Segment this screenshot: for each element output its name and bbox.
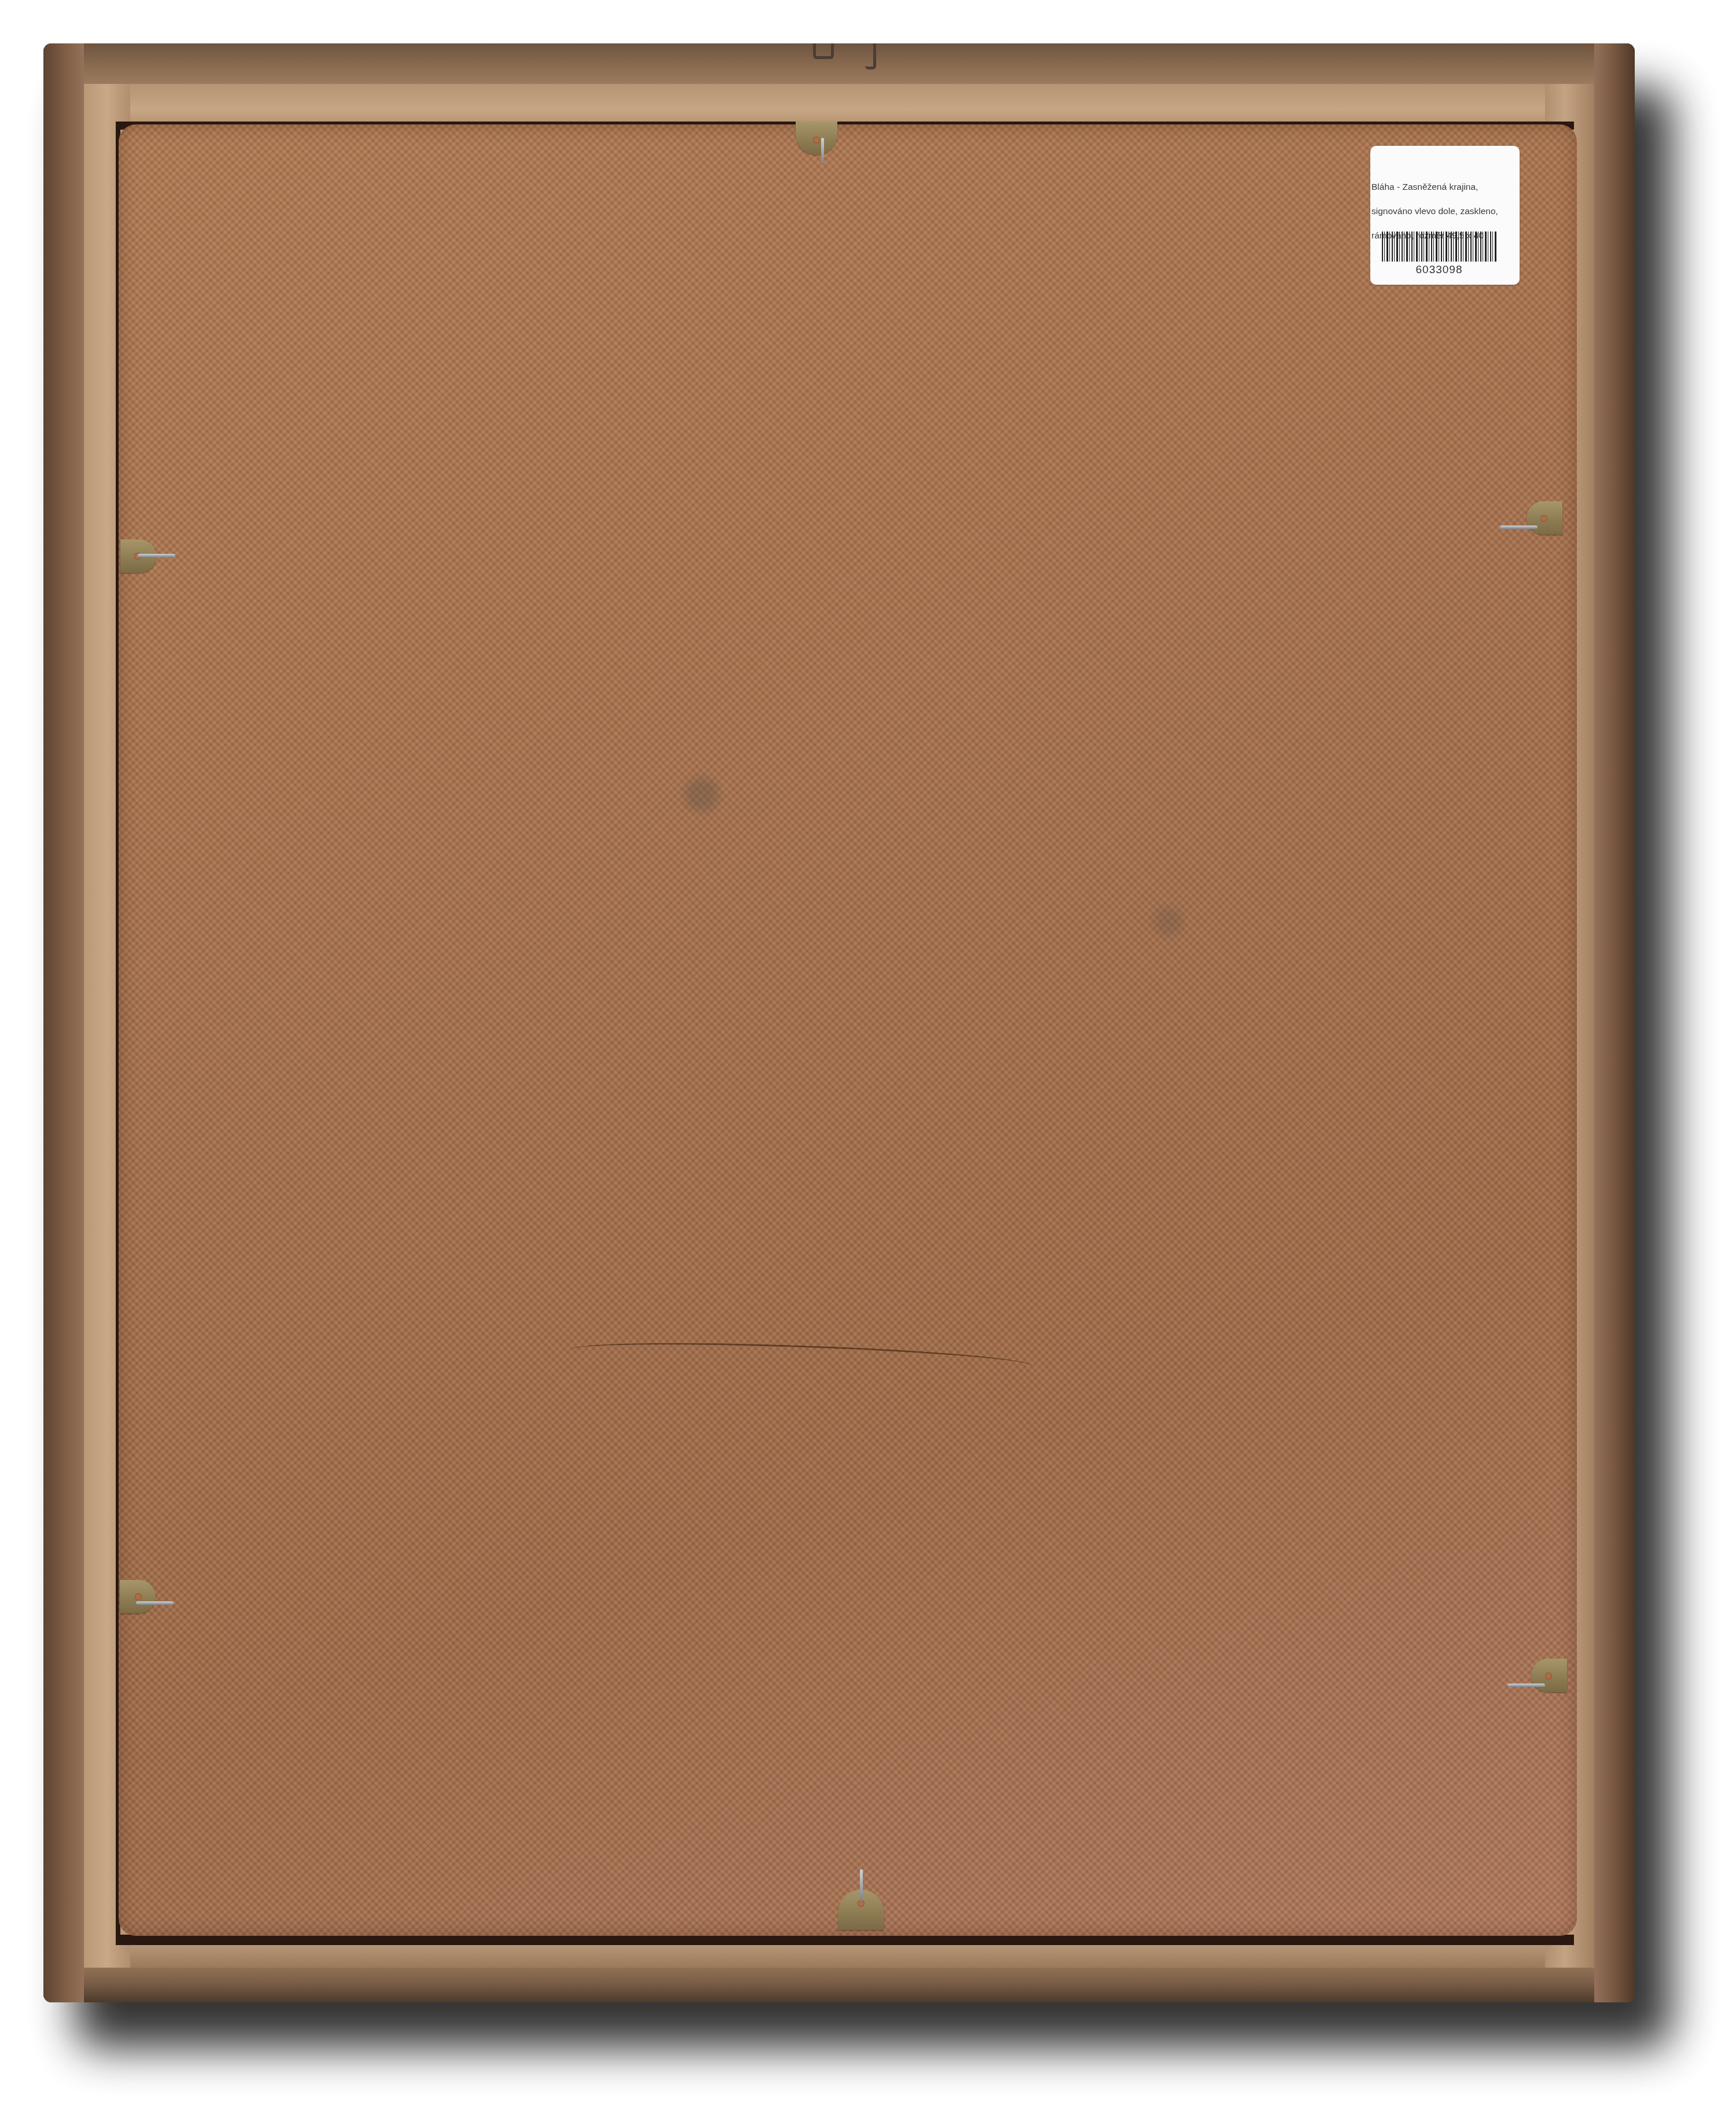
pin-right-upper xyxy=(1500,525,1538,529)
frame-rail-left xyxy=(43,43,84,2002)
cardboard-backing xyxy=(119,124,1577,1936)
barcode-icon xyxy=(1382,231,1496,262)
frame-rail-bottom xyxy=(43,1968,1635,2002)
hanging-wire-eye-icon xyxy=(813,43,834,59)
hanging-hook-icon xyxy=(865,43,876,69)
label-line-1: Bláha - Zasněžená krajina, xyxy=(1371,181,1520,193)
frame-rail-right xyxy=(1594,43,1635,2002)
brass-clip-right-upper-icon xyxy=(1527,501,1562,535)
barcode-number: 6033098 xyxy=(1370,264,1508,277)
brass-clip-right-lower-icon xyxy=(1531,1659,1567,1692)
frame-rail-top xyxy=(43,43,1635,84)
inventory-label: Bláha - Zasněžená krajina, signováno vle… xyxy=(1370,146,1520,285)
pin-left-lower xyxy=(136,1601,174,1605)
pin-top xyxy=(821,138,824,164)
pin-left-upper xyxy=(138,554,175,557)
pin-right-lower xyxy=(1507,1683,1545,1687)
brass-clip-left-lower-icon xyxy=(120,1580,156,1613)
pin-bottom xyxy=(860,1869,863,1901)
frame-gap-bottom xyxy=(116,1935,1574,1945)
backing-crack xyxy=(569,1337,1033,1379)
label-line-2: signováno vlevo dole, zaskleno, xyxy=(1371,205,1520,218)
